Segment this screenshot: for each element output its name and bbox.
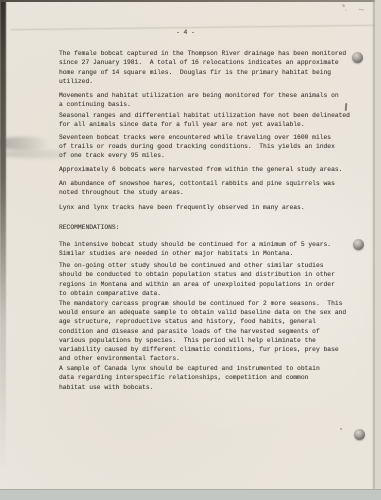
hole-punch-dot-bottom xyxy=(354,429,365,440)
page-left-edge-shadow xyxy=(0,0,6,470)
body-paragraph-1: The female bobcat captured in the Thomps… xyxy=(59,49,346,86)
recommendation-paragraph-3: The mandatory carcass program should be … xyxy=(59,299,346,364)
pencil-mark-left: *. xyxy=(340,3,348,12)
page-number: - 4 - xyxy=(176,28,195,37)
pencil-mark-right: ~ xyxy=(357,6,364,15)
body-paragraph-4: Seventeen bobcat tracks were encountered… xyxy=(59,133,335,161)
recommendation-paragraph-2: The on-going otter study should be conti… xyxy=(59,261,335,298)
recommendation-paragraph-1: The intensive bobcat study should be con… xyxy=(59,240,331,259)
body-paragraph-2: Movements and habitat utilization are be… xyxy=(59,91,339,110)
body-paragraph-3: Seasonal ranges and differential habitat… xyxy=(59,111,350,130)
body-paragraph-5: Approximately 6 bobcats were harvested f… xyxy=(59,165,342,174)
scan-top-edge-line xyxy=(0,0,381,2)
stray-ink-mark xyxy=(345,103,348,111)
paper-speck xyxy=(340,428,342,430)
body-paragraph-7: Lynx and lynx tracks have been frequentl… xyxy=(59,203,305,212)
recommendation-paragraph-4: A sample of Canada lynx should be captur… xyxy=(59,364,320,392)
scan-right-margin xyxy=(375,0,381,489)
body-paragraph-6: An abundance of snowshoe hares, cottonta… xyxy=(59,179,335,198)
ink-smudge-lower xyxy=(0,150,82,158)
scanner-bottom-band xyxy=(0,489,381,500)
hole-punch-dot-top xyxy=(352,52,363,63)
hole-punch-dot-middle xyxy=(353,239,364,250)
scanned-page: - 4 - The female bobcat captured in the … xyxy=(0,0,381,500)
ink-smudge-upper xyxy=(0,137,50,150)
recommendations-heading: RECOMMENDATIONS: xyxy=(59,223,119,232)
